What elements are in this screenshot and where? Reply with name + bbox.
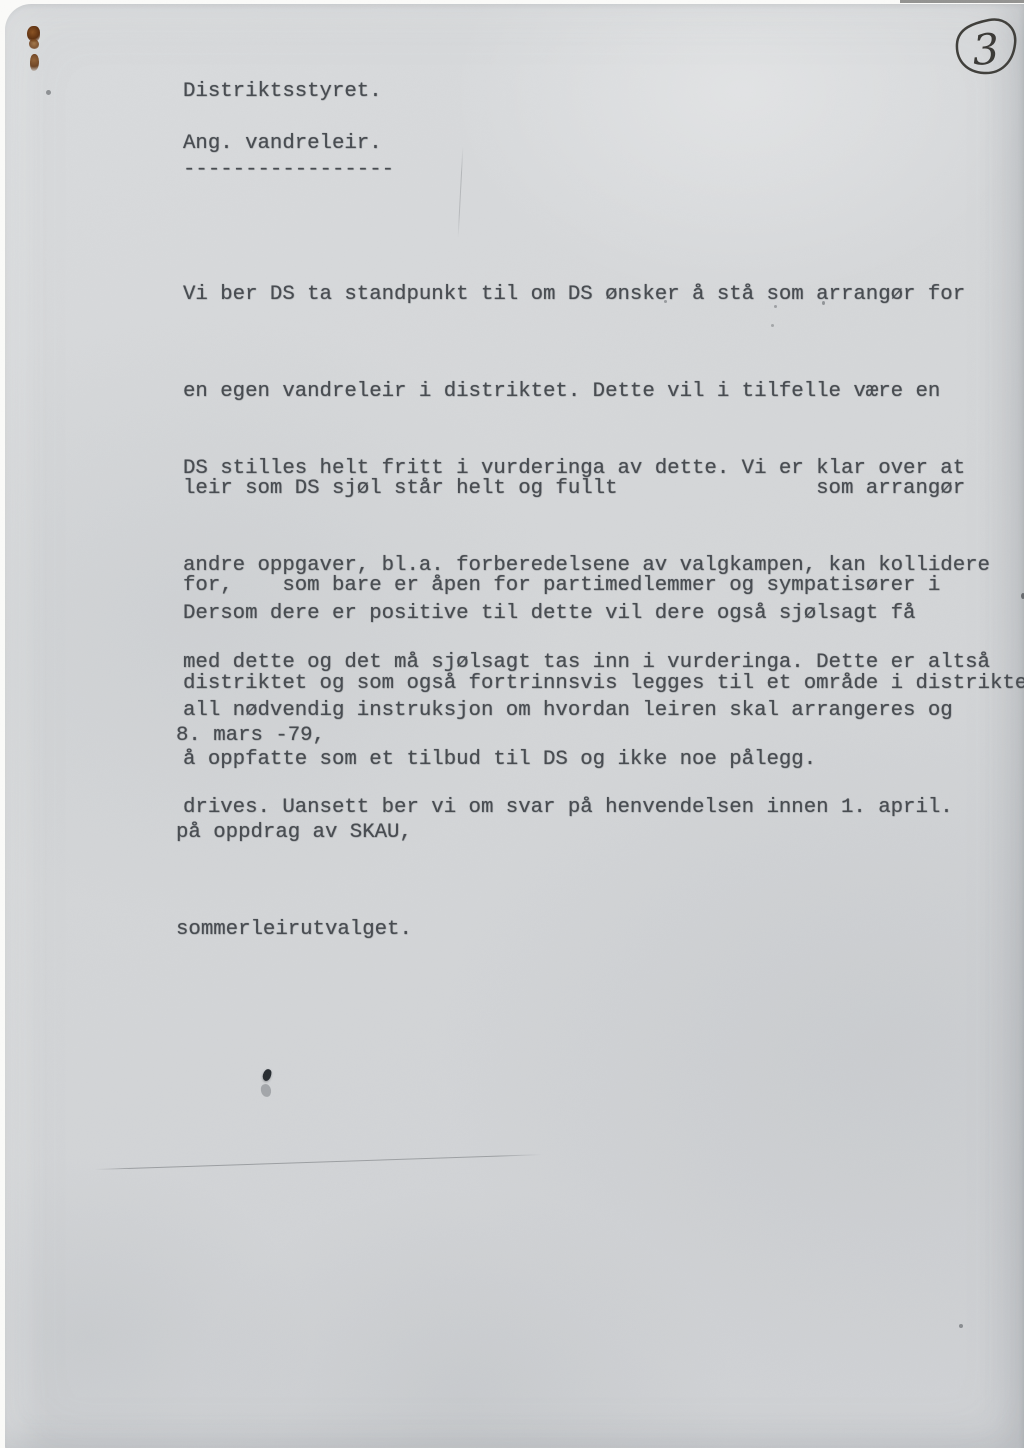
text-line: Dersom dere er positive til dette vil de… (183, 598, 953, 630)
dateline-signature: 8. mars -79, på oppdrag av SKAU, sommerl… (176, 655, 412, 1011)
paper-sheet: Distriktsstyret. Ang. vandreleir. ------… (5, 4, 1024, 1448)
text-line: DS stilles helt fritt i vurderinga av de… (183, 453, 990, 485)
committee-line: sommerleirutvalget. (176, 914, 412, 946)
on-behalf-line: på oppdrag av SKAU, (176, 817, 412, 849)
recipient-line: Distriktsstyret. (183, 76, 382, 108)
page-number-digit: 3 (971, 24, 1001, 75)
scan-edge-shadow (900, 0, 1024, 3)
handwritten-page-number-circle: 3 (951, 14, 1023, 86)
letter-body: Distriktsstyret. Ang. vandreleir. ------… (5, 4, 1024, 1448)
subject-underline: ----------------- (183, 154, 394, 186)
text-line: Vi ber DS ta standpunkt til om DS ønsker… (183, 279, 1024, 311)
date-line: 8. mars -79, (176, 720, 412, 752)
